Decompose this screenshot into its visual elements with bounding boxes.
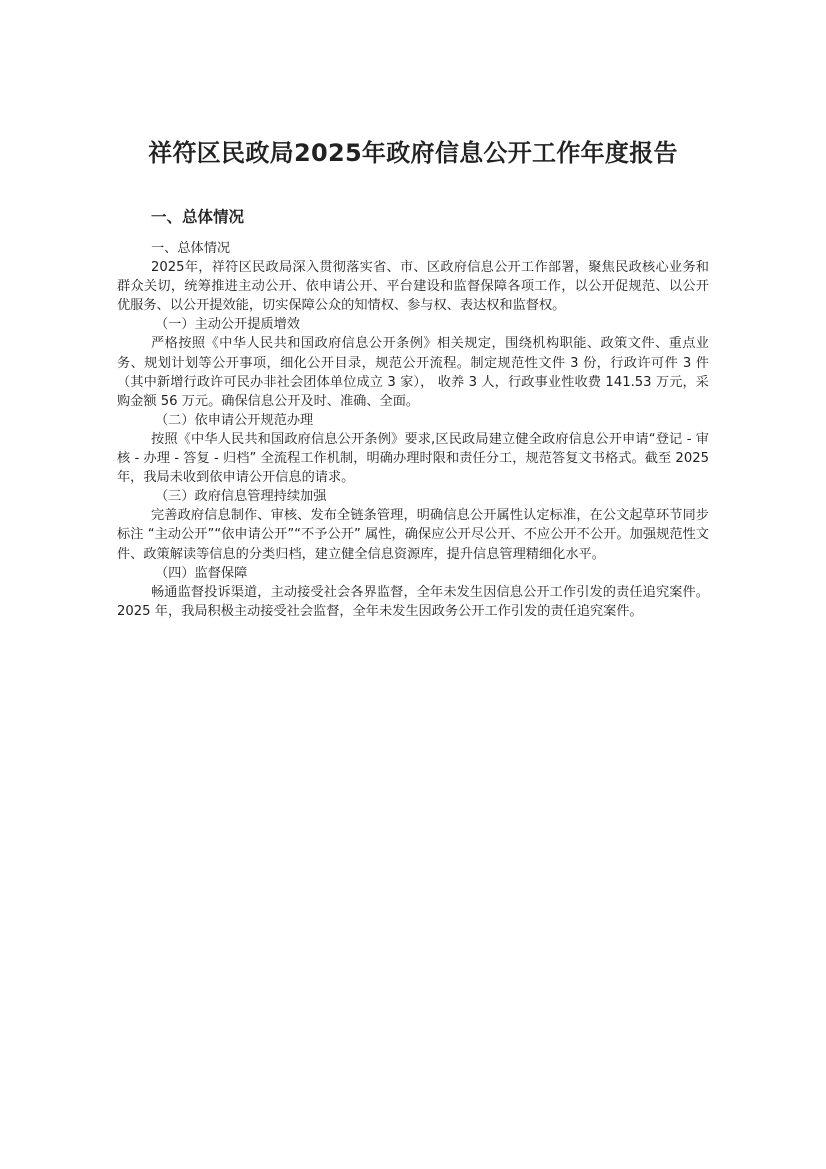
subsection-heading-info-management: （三）政府信息管理持续加强 (117, 487, 709, 506)
paragraph-info-management: 完善政府信息制作、审核、发布全链条管理，明确信息公开属性认定标准，在公文起草环节… (117, 506, 709, 563)
paragraph-overview: 2025年，祥符区民政局深入贯彻落实省、市、区政府信息公开工作部署，聚焦民政核心… (117, 258, 709, 315)
paragraph-supervision: 畅通监督投诉渠道，主动接受社会各界监督，全年未发生因信息公开工作引发的责任追究案… (117, 583, 709, 621)
paragraph-request-disclosure: 按照《中华人民共和国政府信息公开条例》要求,区民政局建立健全政府信息公开申请“登… (117, 430, 709, 487)
paragraph-proactive-disclosure: 严格按照《中华人民共和国政府信息公开条例》相关规定，围绕机构职能、政策文件、重点… (117, 334, 709, 410)
subsection-heading-supervision: （四）监督保障 (117, 564, 709, 583)
subsection-heading-overview: 一、总体情况 (117, 239, 709, 258)
document-body: 一、总体情况 2025年，祥符区民政局深入贯彻落实省、市、区政府信息公开工作部署… (117, 239, 709, 621)
section-heading: 一、总体情况 (151, 206, 244, 228)
subsection-heading-proactive-disclosure: （一）主动公开提质增效 (117, 315, 709, 334)
subsection-heading-request-disclosure: （二）依申请公开规范办理 (117, 411, 709, 430)
document-title: 祥符区民政局2025年政府信息公开工作年度报告 (117, 136, 709, 170)
